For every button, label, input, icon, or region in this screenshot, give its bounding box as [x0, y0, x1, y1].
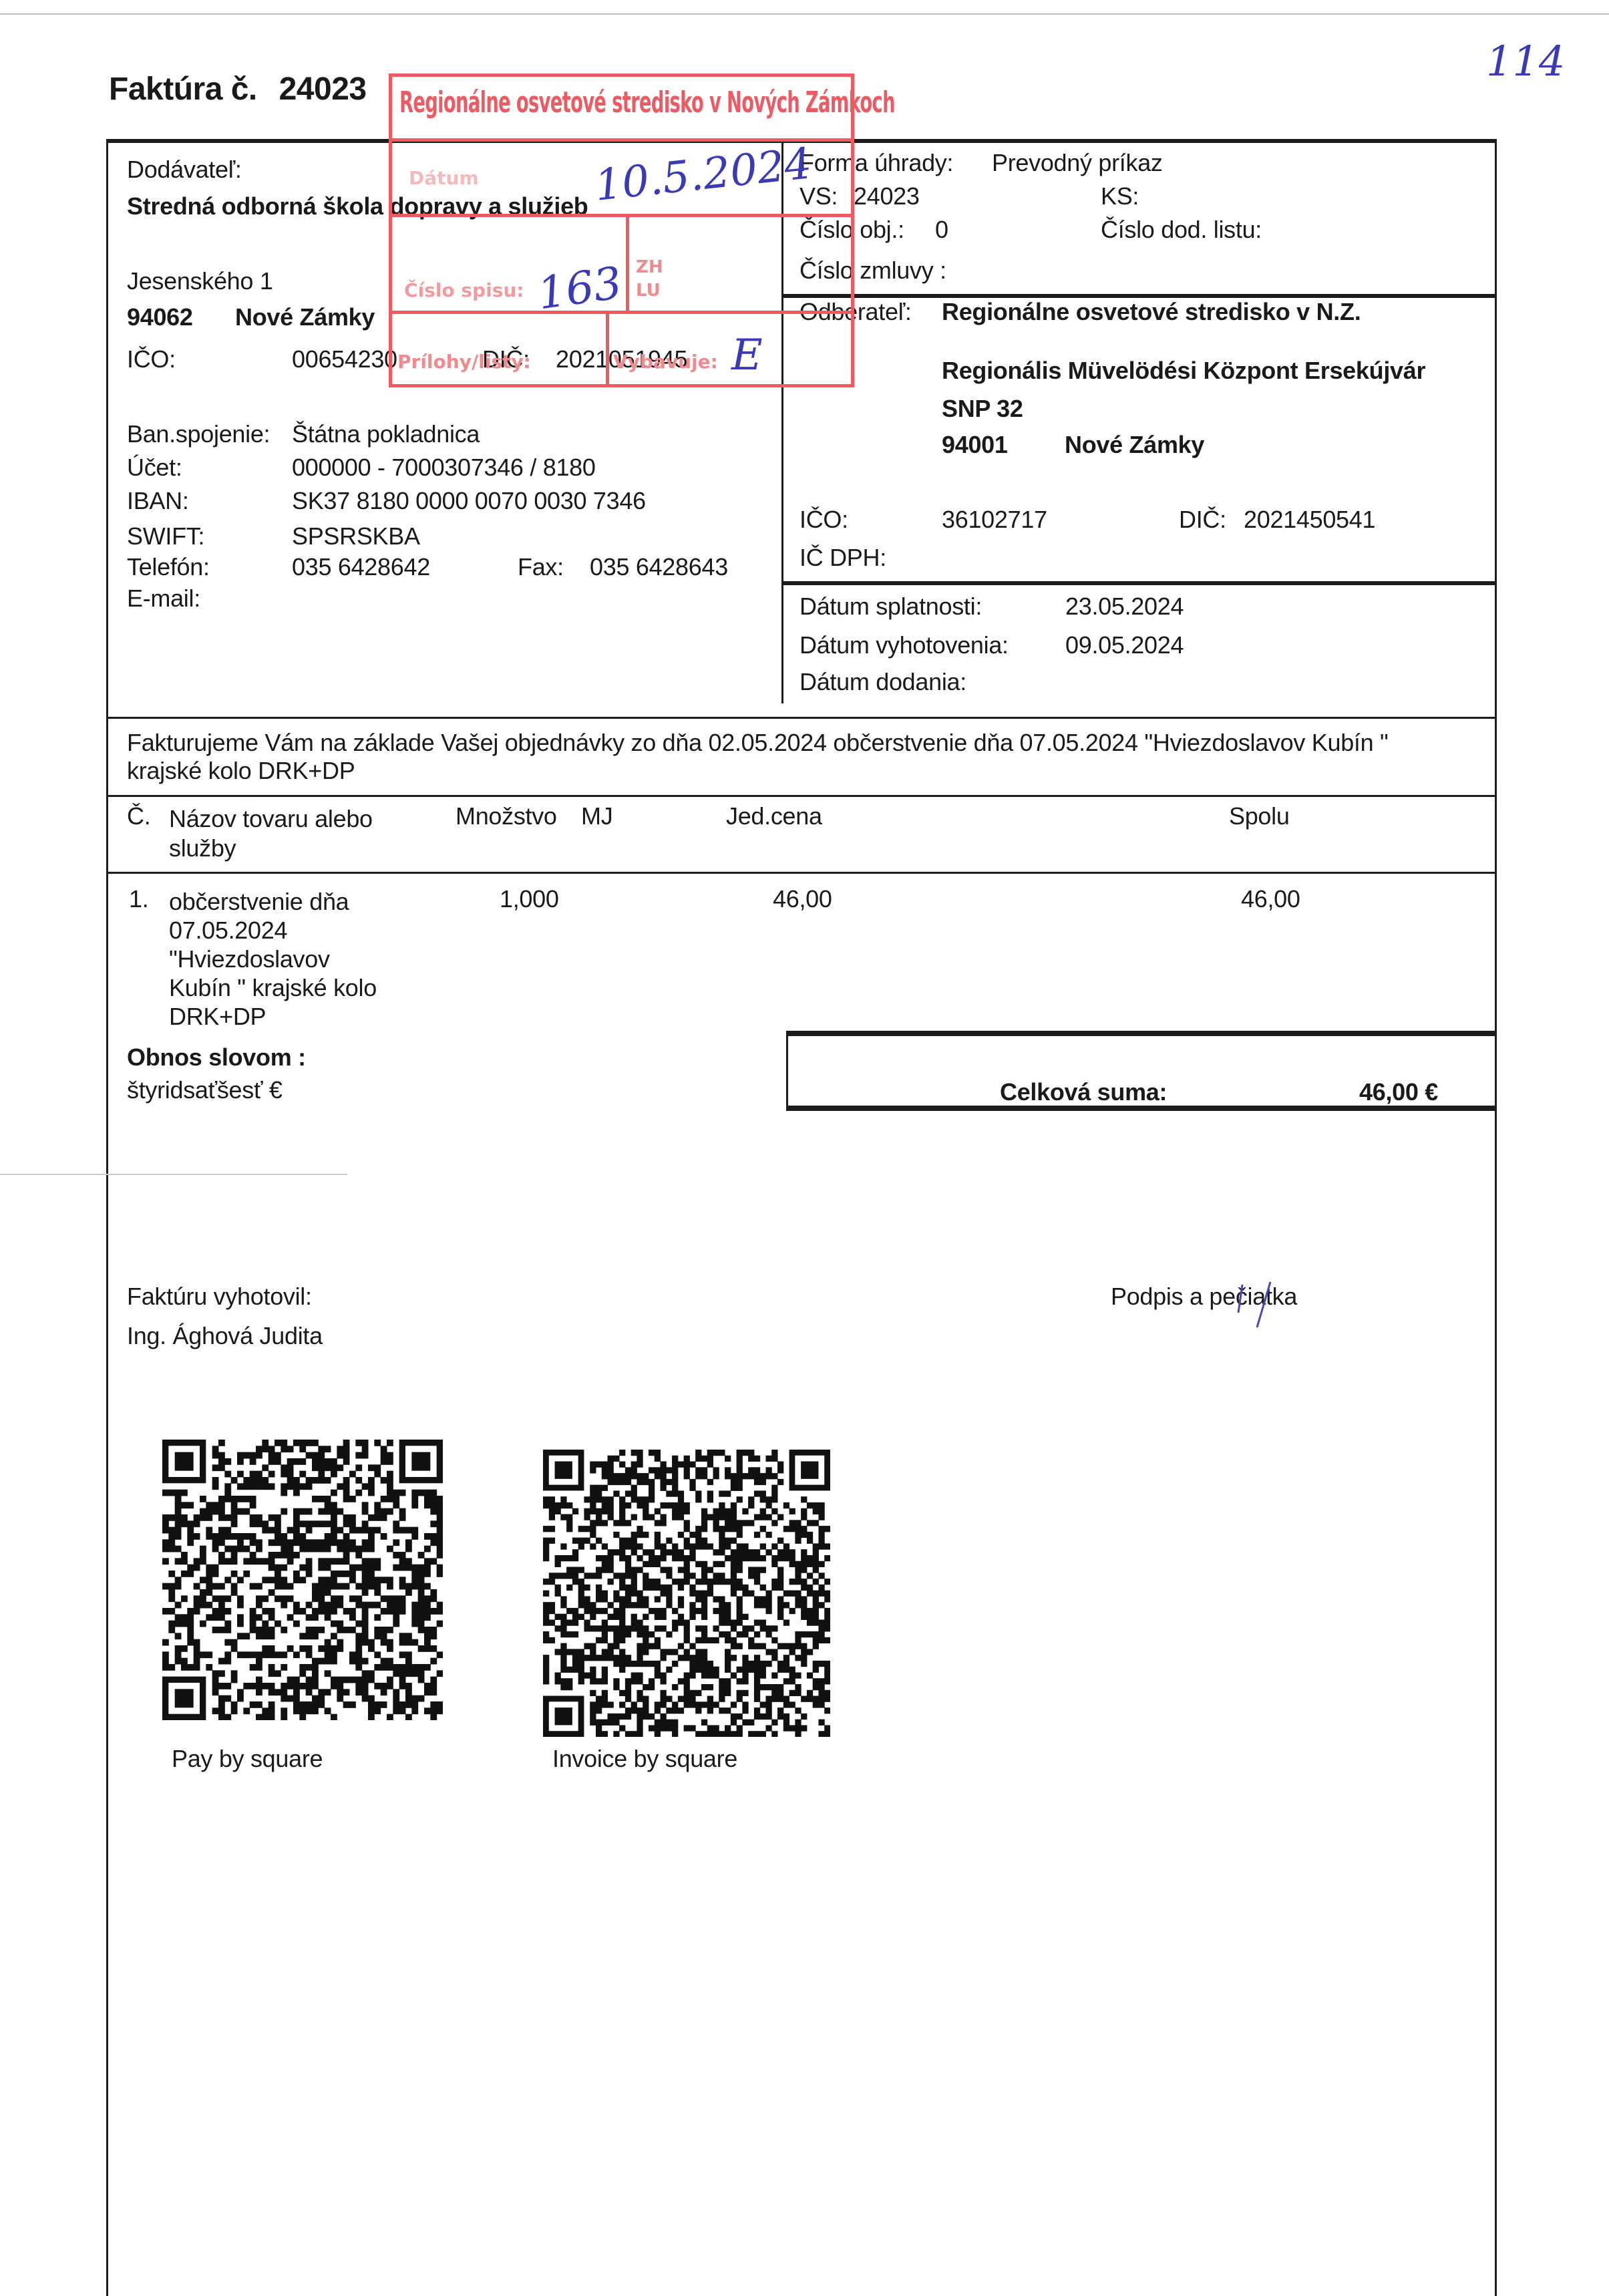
- stamp-record-label: Číslo spisu:: [404, 279, 524, 301]
- customer-dic-label: DIČ:: [1179, 508, 1226, 532]
- frame-right: [1495, 139, 1497, 2296]
- row-name: občerstvenie dňa 07.05.2024 "Hviezdoslav…: [169, 887, 377, 1031]
- col-header-name: Názov tovaru alebo služby: [169, 804, 373, 863]
- row-name-line: DRK+DP: [169, 1002, 377, 1031]
- payment-form-value: Prevodný príkaz: [992, 151, 1163, 175]
- handwritten-handler-initial: E: [731, 331, 763, 380]
- phone-value: 035 6428642: [292, 555, 430, 579]
- customer-city: Nové Zámky: [1065, 433, 1204, 457]
- grand-total-value: 46,00 €: [1359, 1080, 1438, 1104]
- stamp-code-2: LU: [636, 281, 661, 301]
- vs-value: 24023: [854, 184, 920, 208]
- stamp-organization: Regionálne osvetové stredisko v Nových Z…: [399, 86, 895, 120]
- invoice-by-square-caption: Invoice by square: [552, 1747, 737, 1771]
- fax-label: Fax:: [518, 555, 564, 579]
- customer-street: SNP 32: [942, 397, 1023, 421]
- col-header-total: Spolu: [1229, 804, 1290, 828]
- issued-by-label: Faktúru vyhotovil:: [127, 1285, 312, 1309]
- issued-by-name: Ing. Ághová Judita: [127, 1324, 323, 1348]
- row-total: 46,00: [1241, 887, 1300, 911]
- col-header-name-line-2: služby: [169, 834, 373, 863]
- email-label: E-mail:: [127, 587, 200, 611]
- iban-value: SK37 8180 0000 0070 0030 7346: [292, 489, 646, 513]
- frame-left: [106, 139, 108, 2296]
- registry-stamp: [389, 73, 854, 387]
- scan-edge: [0, 13, 1609, 15]
- col-header-name-line-1: Názov tovaru alebo: [169, 804, 373, 834]
- customer-box-bottom: [781, 581, 1497, 585]
- swift-label: SWIFT:: [127, 524, 204, 548]
- ks-label: KS:: [1101, 184, 1139, 208]
- swift-value: SPSRSKBA: [292, 524, 420, 548]
- issue-date-label: Dátum vyhotovenia:: [799, 633, 1009, 657]
- row-name-line: občerstvenie dňa: [169, 887, 377, 916]
- handwritten-page-number: 114: [1486, 37, 1565, 86]
- customer-name: Regionálne osvetové stredisko v N.Z.: [942, 300, 1361, 324]
- fold-line: [0, 1174, 347, 1175]
- row-qty: 1,000: [500, 887, 559, 911]
- row-unit-price: 46,00: [773, 887, 832, 911]
- col-header-unit: MJ: [581, 804, 612, 828]
- delivery-note-label: Číslo dod. listu:: [1101, 218, 1262, 242]
- invoice-title: Faktúra č. 24023: [109, 71, 367, 108]
- stamp-date-label: Dátum: [409, 167, 479, 189]
- row-name-line: "Hviezdoslavov: [169, 945, 377, 973]
- customer-ico: 36102717: [942, 508, 1047, 532]
- stamp-attachments-label: Prílohy/listy:: [397, 351, 531, 373]
- order-value: 0: [935, 218, 948, 242]
- customer-icdph-label: IČ DPH:: [799, 546, 886, 570]
- invoice-number: 24023: [279, 71, 367, 107]
- customer-dic: 2021450541: [1244, 508, 1375, 532]
- issue-date-value: 09.05.2024: [1065, 633, 1184, 657]
- stamp-col-divider-1: [626, 214, 629, 311]
- supplier-label: Dodávateľ:: [127, 158, 242, 182]
- stamp-row-divider-2: [389, 311, 854, 314]
- supplier-city: Nové Zámky: [235, 305, 375, 329]
- invoice-by-square-qr: [543, 1450, 830, 1737]
- stamp-code-1: ZH: [636, 257, 663, 277]
- col-header-no: Č.: [127, 804, 150, 828]
- customer-ico-label: IČO:: [799, 508, 848, 532]
- row-name-line: Kubín " krajské kolo: [169, 973, 377, 1002]
- description-line-1: Fakturujeme Vám na základe Vašej objedná…: [127, 731, 1389, 755]
- phone-label: Telefón:: [127, 555, 210, 579]
- stamp-handler-label: Vybavuje:: [613, 351, 718, 373]
- stamp-col-divider-2: [606, 311, 609, 387]
- supplier-zip: 94062: [127, 305, 193, 329]
- signature-mark: [1229, 1279, 1282, 1333]
- amount-words-label: Obnos slovom :: [127, 1045, 306, 1070]
- description-line-2: krajské kolo DRK+DP: [127, 759, 355, 783]
- account-label: Účet:: [127, 456, 182, 480]
- due-date-value: 23.05.2024: [1065, 595, 1184, 619]
- due-date-label: Dátum splatnosti:: [799, 595, 982, 619]
- bank-value: Štátna pokladnica: [292, 422, 480, 446]
- section-divider-2: [106, 795, 1497, 797]
- fax-value: 035 6428643: [590, 555, 728, 579]
- supplier-street: Jesenského 1: [127, 269, 273, 293]
- stamp-row-divider-1: [389, 214, 854, 217]
- amount-words-value: štyridsaťšesť €: [127, 1078, 283, 1102]
- row-name-line: 07.05.2024: [169, 916, 377, 945]
- row-no: 1.: [129, 887, 148, 911]
- pay-by-square-qr: [162, 1440, 443, 1720]
- iban-label: IBAN:: [127, 489, 189, 513]
- supplier-ico: 00654230: [292, 347, 397, 371]
- col-header-qty: Množstvo: [456, 804, 557, 828]
- delivery-date-label: Dátum dodania:: [799, 670, 966, 694]
- invoice-title-label: Faktúra č.: [109, 71, 257, 107]
- col-header-unit-price: Jed.cena: [726, 804, 822, 828]
- pay-by-square-caption: Pay by square: [172, 1747, 323, 1771]
- customer-zip: 94001: [942, 433, 1008, 457]
- grand-total-label: Celková suma:: [1000, 1080, 1167, 1104]
- account-value: 000000 - 7000307346 / 8180: [292, 456, 596, 480]
- customer-name-hu: Regionális Müvelödési Központ Ersekújvár: [942, 359, 1425, 383]
- bank-label: Ban.spojenie:: [127, 422, 270, 446]
- section-divider-1: [106, 717, 1497, 719]
- supplier-ico-label: IČO:: [127, 347, 176, 371]
- section-divider-3: [106, 872, 1497, 874]
